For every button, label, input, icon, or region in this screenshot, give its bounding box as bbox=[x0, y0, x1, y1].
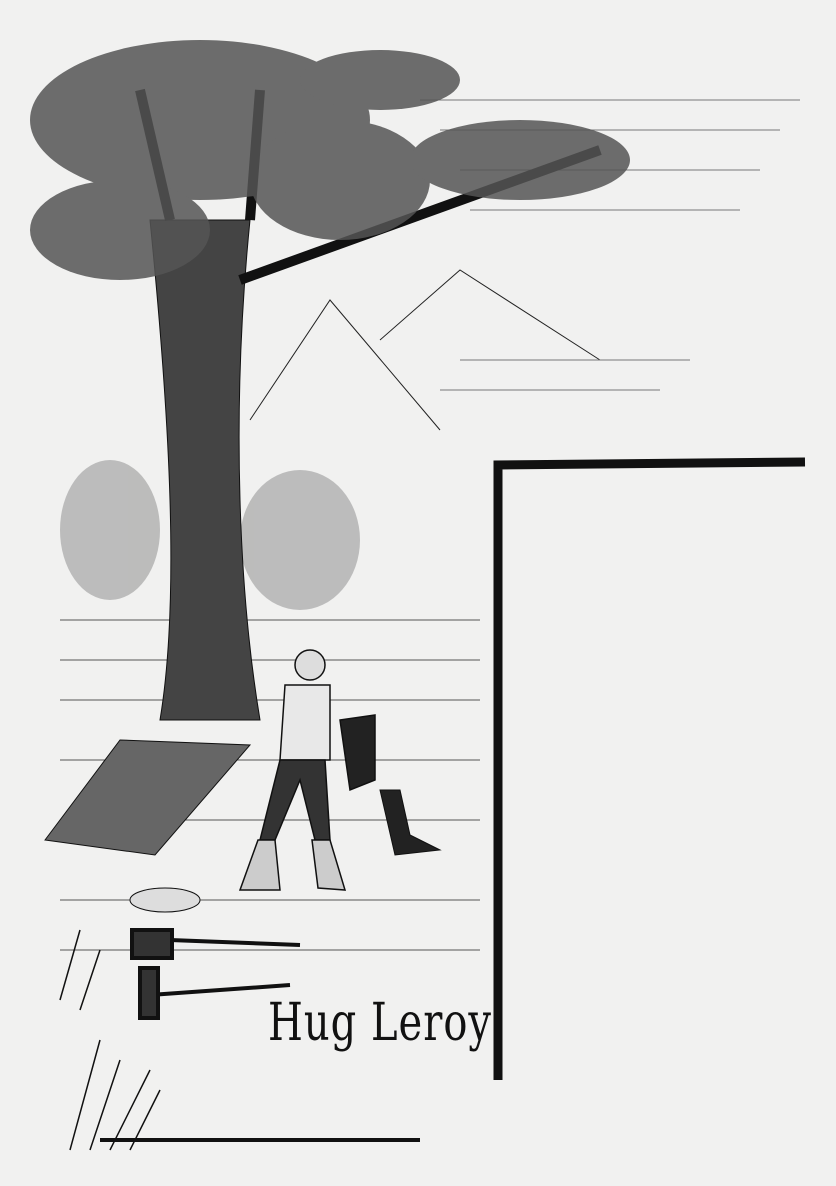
frame-border bbox=[498, 462, 805, 1080]
man bbox=[240, 650, 375, 890]
stone-slab bbox=[45, 740, 250, 855]
hat bbox=[130, 888, 200, 912]
illustration: Hug Leroy bbox=[0, 0, 836, 1186]
boot bbox=[380, 790, 440, 855]
mountain bbox=[250, 300, 440, 430]
tree-trunk bbox=[150, 220, 260, 720]
mountain bbox=[380, 270, 600, 360]
artist-signature: Hug Leroy bbox=[268, 993, 492, 1053]
